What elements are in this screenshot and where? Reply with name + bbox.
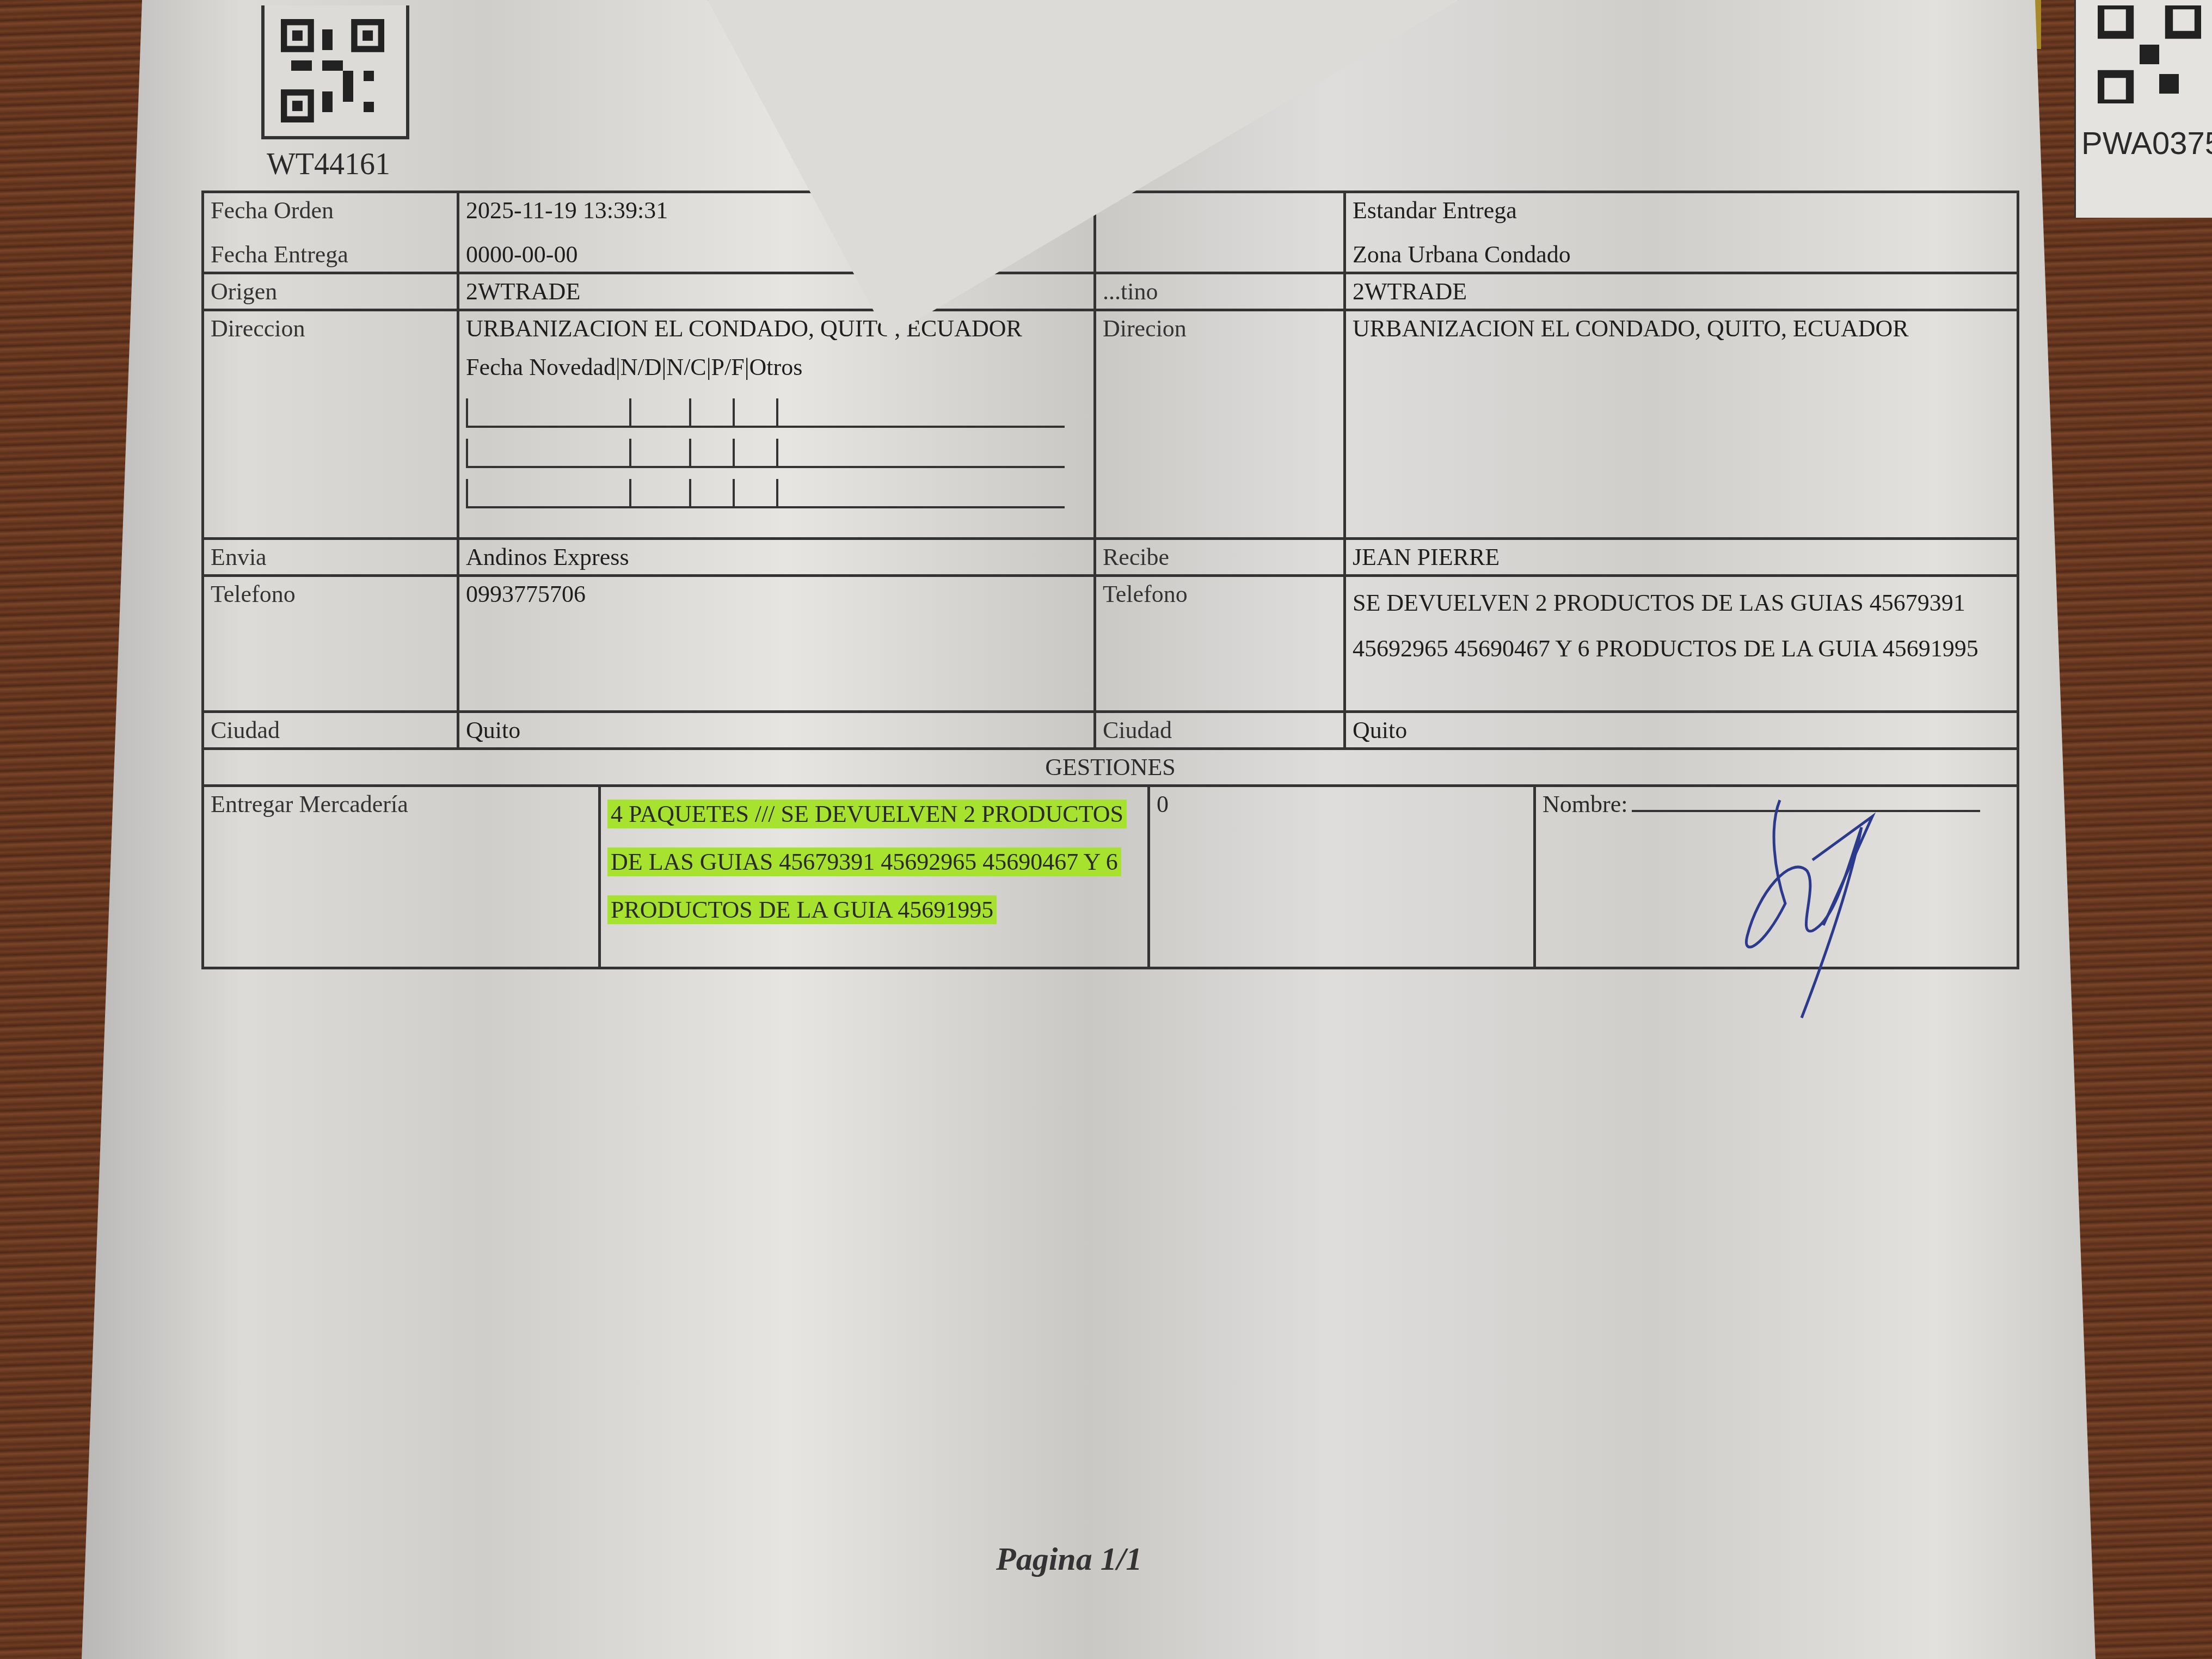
direcion-label: Direcion (1095, 310, 1344, 539)
ciudad-right-value: Quito (1344, 712, 2018, 749)
ciudad-left-label: Ciudad (203, 712, 458, 749)
zona: Zona Urbana Condado (1353, 241, 2010, 268)
telefono-left-label: Telefono (203, 576, 458, 712)
estandar-entrega: Estandar Entrega (1353, 196, 2010, 224)
quantity: 0 (1149, 787, 1535, 967)
gestiones-title: GESTIONES (203, 749, 2018, 786)
recibe-label: Recibe (1095, 539, 1344, 576)
origen-value: 2WTRADE (458, 273, 1095, 310)
novedad-header: Fecha Novedad|N/D|N/C|P/F|Otros (466, 353, 1087, 381)
destino-label: ...tino (1095, 273, 1344, 310)
telefono-left-value: 0993775706 (458, 576, 1095, 712)
direccion-value: URBANIZACION EL CONDADO, QUITO, ECUADOR (466, 315, 1087, 342)
side-ticket-code: PWA0375 (2081, 125, 2212, 162)
tracking-code: WT44161 (267, 147, 390, 182)
page-number: Pagina 1/1 (996, 1540, 1142, 1578)
recibe-value: JEAN PIERRE (1344, 539, 2018, 576)
qr-code-icon (281, 19, 384, 122)
envia-value: Andinos Express (458, 539, 1095, 576)
nombre-label: Nombre: (1543, 791, 1627, 818)
qr-code-icon (2098, 5, 2201, 103)
side-ticket: PWA0375 (2074, 0, 2212, 218)
order-date-labels: Fecha Orden Fecha Entrega (203, 192, 458, 273)
qr-box (261, 5, 409, 139)
origen-label: Origen (203, 273, 458, 310)
ciudad-left-value: Quito (458, 712, 1095, 749)
signature-icon (1731, 795, 1905, 1023)
direccion-cell: URBANIZACION EL CONDADO, QUITO, ECUADOR … (458, 310, 1095, 539)
direcion-value: URBANIZACION EL CONDADO, QUITO, ECUADOR (1344, 310, 2018, 539)
telefono-right-value: SE DEVUELVEN 2 PRODUCTOS DE LAS GUIAS 45… (1344, 576, 2018, 712)
highlighted-note: 4 PAQUETES /// SE DEVUELVEN 2 PRODUCTOS … (607, 800, 1127, 924)
telefono-right-label: Telefono (1095, 576, 1344, 712)
destino-value: 2WTRADE (1344, 273, 2018, 310)
ciudad-right-label: Ciudad (1095, 712, 1344, 749)
envia-label: Envia (203, 539, 458, 576)
novedad-lines (466, 388, 1087, 508)
direccion-label: Direccion (203, 310, 458, 539)
entregar-label: Entregar Mercadería (204, 787, 600, 967)
